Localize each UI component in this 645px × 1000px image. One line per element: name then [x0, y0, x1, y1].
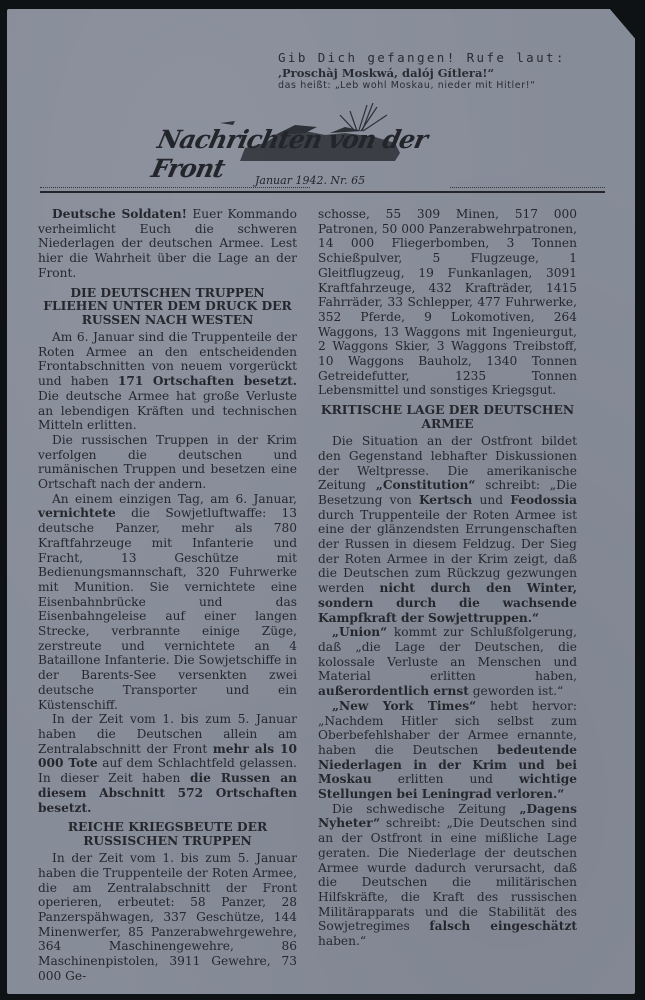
paragraph: „Union“ kommt zur Schlußfolgerung, daß „… [318, 625, 577, 699]
slogan-line-3: das heißt: „Leb wohl Moskau, nieder mit … [278, 80, 566, 91]
headline-critical-situation: KRITISCHE LAGE DER DEUTSCHEN ARMEE [318, 403, 577, 430]
headline-war-booty: REICHE KRIEGSBEUTE DER RUSSISCHEN TRUPPE… [38, 820, 297, 847]
masthead: Nachrichten von der Front [145, 103, 475, 165]
headline-troops-flee: DIE DEUTSCHEN TRUPPEN FLIEHEN UNTER DEM … [38, 286, 297, 327]
surrender-slogan: Gib Dich gefangen! Rufe laut: ‚Proschàj … [278, 50, 566, 91]
slogan-line-1: Gib Dich gefangen! Rufe laut: [278, 50, 566, 65]
paragraph: Die russischen Truppen in der Krim verfo… [38, 433, 297, 492]
left-column: Deutsche Soldaten! Euer Kommando verheim… [38, 207, 297, 984]
paragraph: In der Zeit vom 1. bis zum 5. Januar hab… [38, 712, 297, 815]
paragraph: Die schwedische Zeitung „Dagens Nyheter“… [318, 802, 577, 949]
paragraph: Die Situation an der Ostfront bildet den… [318, 434, 577, 625]
intro-paragraph: Deutsche Soldaten! Euer Kommando verheim… [38, 207, 297, 281]
paragraph: Am 6. Januar sind die Truppenteile der R… [38, 330, 297, 433]
right-column: schosse, 55 309 Minen, 517 000 Patronen,… [318, 207, 577, 949]
paragraph: In der Zeit vom 1. bis zum 5. Januar hab… [38, 851, 297, 983]
paragraph: An einem einzigen Tag, am 6. Januar, ver… [38, 492, 297, 713]
slogan-line-2: ‚Proschàj Moskwá, dalój Gítlera!“ [278, 66, 566, 80]
paragraph: schosse, 55 309 Minen, 517 000 Patronen,… [318, 207, 577, 398]
paragraph: „New York Times“ hebt hervor: „Nachdem H… [318, 699, 577, 802]
issue-date: Januar 1942. Nr. 65 [255, 174, 365, 187]
masthead-rule [40, 191, 605, 193]
